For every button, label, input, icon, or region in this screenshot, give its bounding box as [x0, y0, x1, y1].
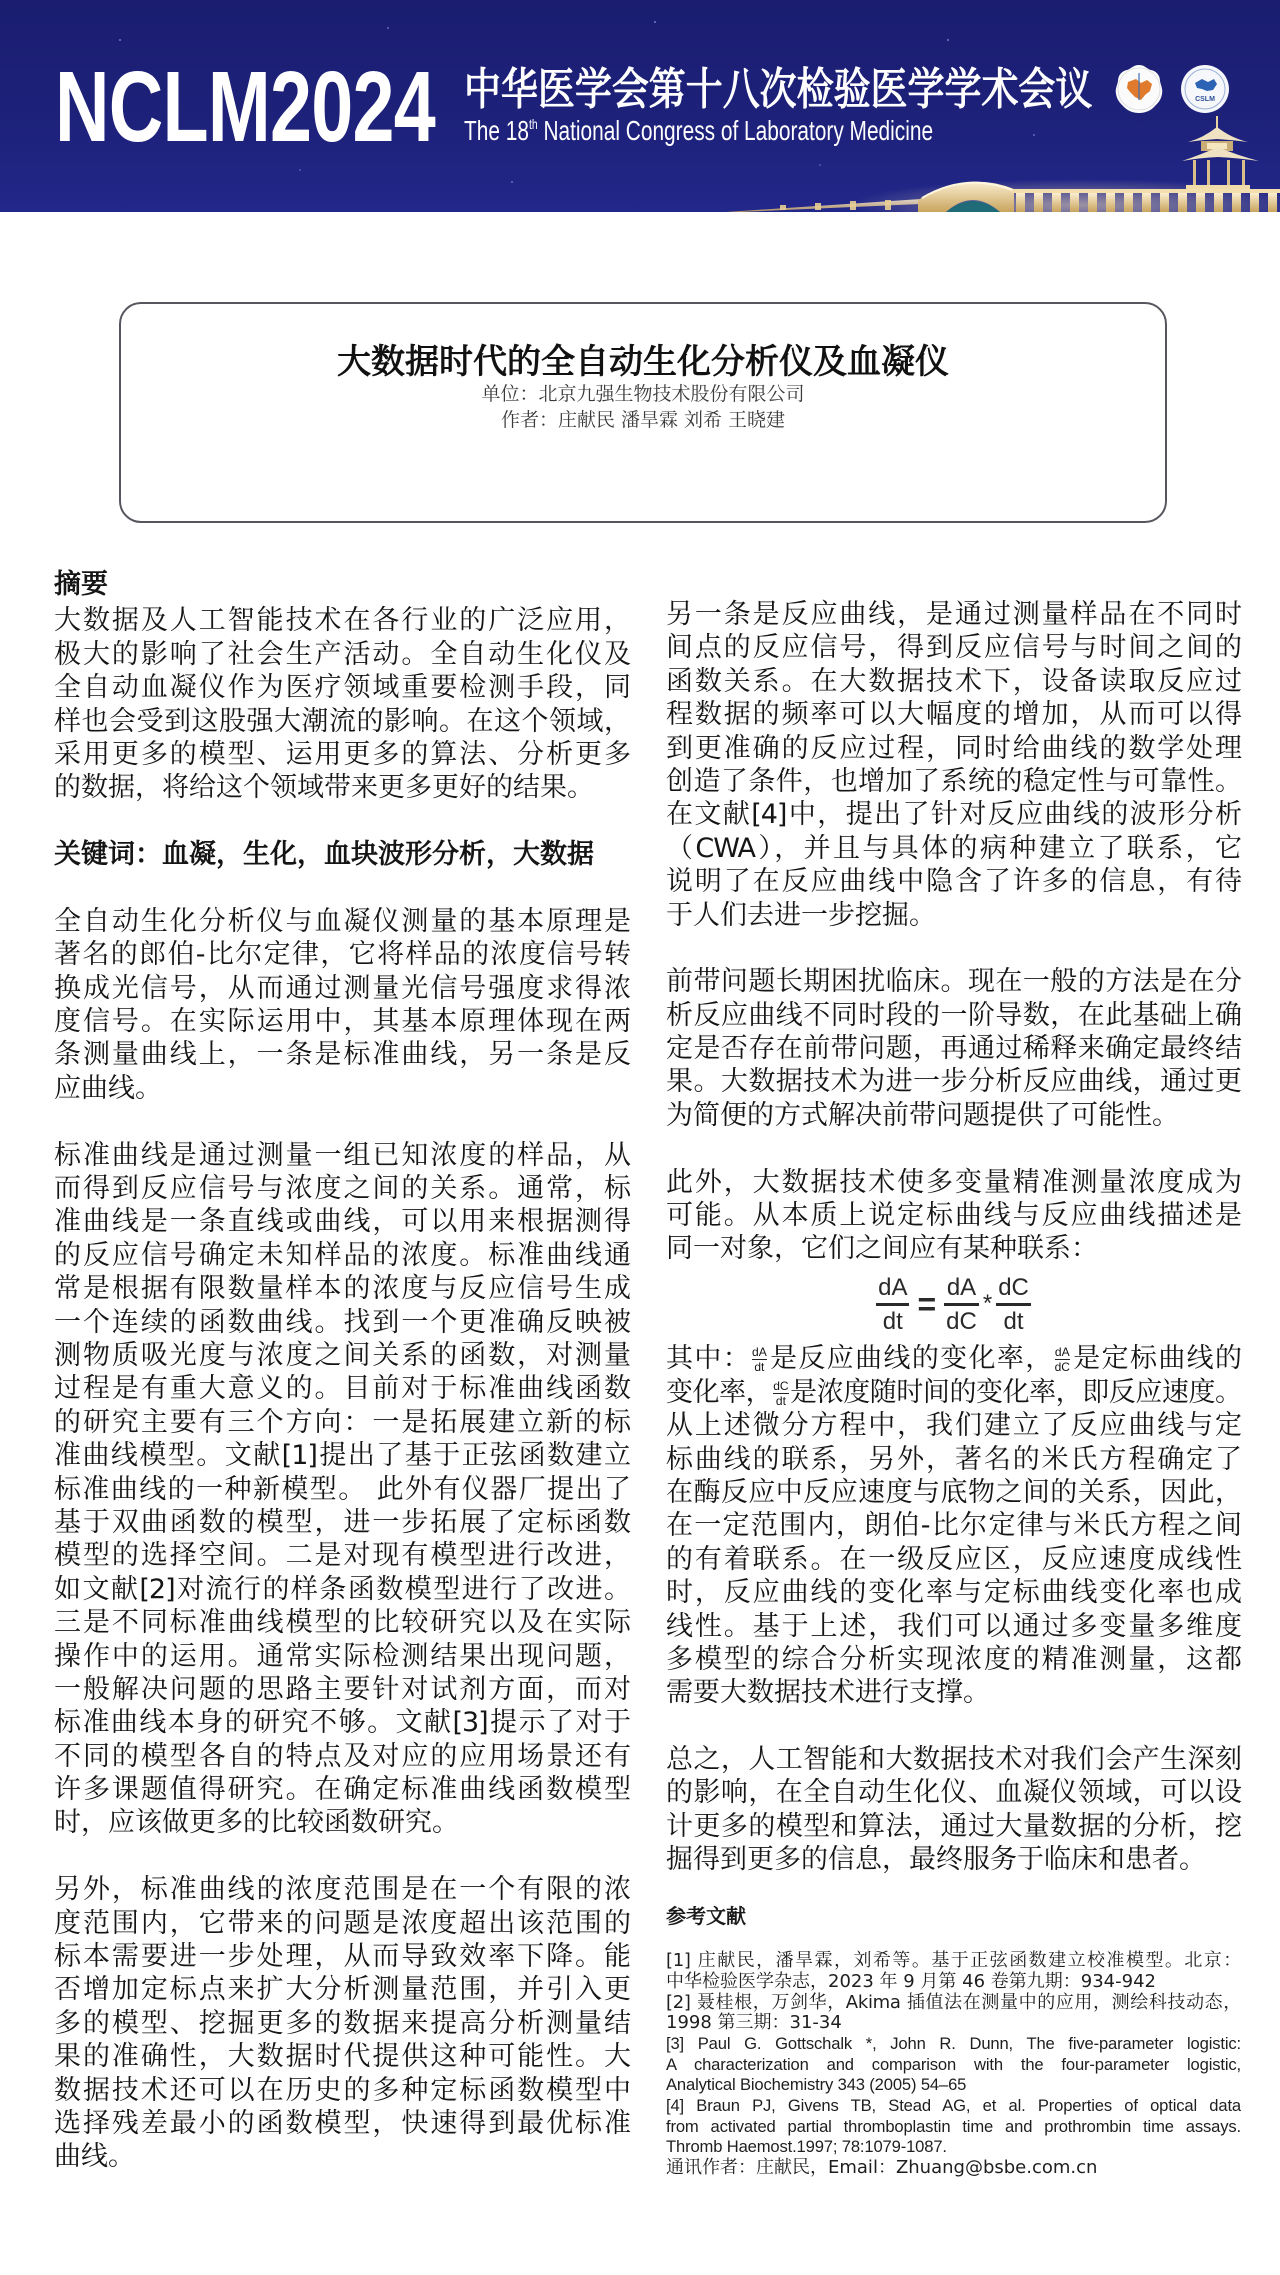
text-line: 间点的反应信号，得到反应信号与时间之间的 — [666, 631, 1241, 664]
paragraph-prozone-problem: 前带问题长期困扰临床。现在一般的方法是在分 析反应曲线不同时段的一阶导数，在此基… — [666, 965, 1241, 1132]
numerator: dC — [996, 1274, 1031, 1301]
text-line: 程数据的频率可以大幅度的增加，从而可以得 — [666, 698, 1241, 731]
text-line: 果。大数据技术为进一步分析反应曲线，通过更 — [666, 1065, 1241, 1098]
text-line: 度范围内，它带来的问题是浓度超出该范围的 — [54, 1907, 630, 1940]
paragraph-standard-curve: 标准曲线是通过测量一组已知浓度的样品，从 而得到反应信号与浓度之间的关系。通常，… — [54, 1139, 630, 1840]
text-line: 著名的郎伯-比尔定律，它将样品的浓度信号转 — [54, 938, 630, 971]
definition-line-2: 变化率，dCdt是浓度随时间的变化率，即反应速度。 — [666, 1376, 1241, 1409]
text-line: 的研究主要有三个方向：一是拓展建立新的标 — [54, 1406, 630, 1439]
inline-fraction-dA-dt: dAdt — [752, 1346, 767, 1373]
text-line: 定是否存在前带问题，再通过稀释来确定最终结 — [666, 1032, 1241, 1065]
pagoda — [1182, 116, 1259, 189]
text-line: 另外，标准曲线的浓度范围是在一个有限的浓 — [54, 1873, 630, 1906]
text-line: 标准曲线是通过测量一组已知浓度的样品，从 — [54, 1139, 630, 1172]
fraction-bar — [996, 1303, 1031, 1306]
authors: 作者：庄献民 潘旱霖 刘希 王晓建 — [121, 408, 1165, 432]
text-line: 在文献[4]中，提出了针对反应曲线的波形分析 — [666, 798, 1241, 831]
fraction-bar — [876, 1303, 909, 1306]
subtitle-rest: National Congress of Laboratory Medicine — [538, 115, 933, 146]
congress-title-chinese: 中华医学会第十八次检验医学学术会议 — [464, 68, 1092, 112]
text-line: 数据技术还可以在历史的多种定标函数模型中 — [54, 2074, 630, 2107]
nclm-2024-logo: NCLM2024 — [55, 57, 435, 157]
text-line: 从上述微分方程中，我们建立了反应曲线与定 — [666, 1409, 1241, 1442]
text-segment: 是定标曲线的 — [1071, 1343, 1241, 1374]
right-column: 另一条是反应曲线，是通过测量样品在不同时 间点的反应信号，得到反应信号与时间之间… — [666, 598, 1241, 2179]
reference-3-line: [3] Paul G. Gottschalk *, John R. Dunn, … — [666, 2034, 1241, 2055]
text-line: 一个连续的函数曲线。找到一个更准确反映被 — [54, 1306, 630, 1339]
cslm-label: CSLM — [1195, 96, 1215, 103]
text-line: 函数关系。在大数据技术下，设备读取反应过 — [666, 665, 1241, 698]
text-line: 前带问题长期困扰临床。现在一般的方法是在分 — [666, 965, 1241, 998]
text-line: 多模型的综合分析实现浓度的精准测量，这都 — [666, 1643, 1241, 1676]
text-line: 基于双曲函数的模型，进一步拓展了定标函数 — [54, 1506, 630, 1539]
text-line: 时，应该做更多的比较函数研究。 — [54, 1806, 630, 1839]
denominator: dt — [776, 1395, 786, 1407]
text-line: 时，反应曲线的变化率与定标曲线变化率也成 — [666, 1576, 1241, 1609]
text-line: 而得到反应信号与浓度之间的关系。通常，标 — [54, 1172, 630, 1205]
text-line: 准曲线模型。文献[1]提出了基于正弦函数建立 — [54, 1439, 630, 1472]
subtitle-prefix: The 18 — [464, 115, 529, 146]
paragraph-measurement-principle: 全自动生化分析仪与血凝仪测量的基本原理是 著名的郎伯-比尔定律，它将样品的浓度信… — [54, 905, 630, 1105]
text-line: 标准曲线本身的研究不够。文献[3]提示了对于 — [54, 1706, 630, 1739]
text-line: 测物质吸光度与浓度之间关系的函数，对测量 — [54, 1339, 630, 1372]
equals-sign: = — [917, 1289, 936, 1319]
chinese-medical-association-emblem-icon — [1114, 64, 1164, 114]
text-line: 另一条是反应曲线，是通过测量样品在不同时 — [666, 598, 1241, 631]
inline-fraction-dC-dt: dCdt — [773, 1380, 788, 1407]
text-line: 在一定范围内，朗伯-比尔定律与米氏方程之间 — [666, 1509, 1241, 1542]
paragraph-conclusion: 总之，人工智能和大数据技术对我们会产生深刻 的影响，在全自动生化仪、血凝仪领域，… — [666, 1743, 1241, 1877]
text-line: 的数据，将给这个领域带来更多更好的结果。 — [54, 771, 630, 804]
reference-3-line: Analytical Biochemistry 343 (2005) 54–65 — [666, 2075, 1241, 2096]
text-line: 如文献[2]对流行的样条函数模型进行了改进。 — [54, 1573, 630, 1606]
text-line: 许多课题值得研究。在确定标准曲线函数模型 — [54, 1773, 630, 1806]
reference-3-line: A characterization and comparison with t… — [666, 2055, 1241, 2076]
text-line: 应曲线。 — [54, 1072, 630, 1105]
affiliation: 单位：北京九强生物技术股份有限公司 — [121, 382, 1165, 406]
references-heading: 参考文献 — [666, 1902, 1241, 1930]
denominator: dt — [881, 1308, 905, 1335]
text-line: （CWA），并且与具体的病种建立了联系，它 — [666, 832, 1241, 865]
text-line: 线性。基于上述，我们可以通过多变量多维度 — [666, 1610, 1241, 1643]
denominator: dt — [754, 1361, 764, 1373]
keywords: 关键词：血凝，生化，血块波形分析，大数据 — [54, 838, 630, 871]
denominator: dC — [944, 1308, 979, 1335]
paragraph-spacer — [54, 1105, 630, 1138]
corresponding-author-email: 通讯作者：庄献民，Email：Zhuang@bsbe.com.cn — [666, 2158, 1241, 2179]
numerator: dA — [752, 1346, 767, 1358]
text-line: 条测量曲线上，一条是标准曲线，另一条是反 — [54, 1038, 630, 1071]
denominator: dt — [1002, 1308, 1026, 1335]
reference-4-line: [4] Braun PJ, Givens TB, Stead AG, et al… — [666, 2096, 1241, 2117]
text-line: 操作中的运用。通常实际检测结果出现问题， — [54, 1640, 630, 1673]
text-line: 曲线。 — [54, 2140, 630, 2173]
text-line: 于人们去进一步挖掘。 — [666, 899, 1241, 932]
text-line: 否增加定标点来扩大分析测量范围，并引入更 — [54, 1973, 630, 2006]
fraction-dA-dC: dA dC — [944, 1274, 979, 1335]
text-line: 创造了条件，也增加了系统的稳定性与可靠性。 — [666, 765, 1241, 798]
numerator: dA — [876, 1274, 909, 1301]
text-segment: 是反应曲线的变化率， — [768, 1343, 1054, 1374]
text-line: 常是根据有限数量样本的浓度与反应信号生成 — [54, 1272, 630, 1305]
paragraph-concentration-range: 另外，标准曲线的浓度范围是在一个有限的浓 度范围内，它带来的问题是浓度超出该范围… — [54, 1873, 630, 2174]
reference-2-line: [2] 聂桂根，万剑华，Akima 插值法在测量中的应用，测绘科技动态， — [666, 1993, 1241, 2014]
abstract-heading: 摘要 — [54, 568, 630, 601]
paragraph-spacer — [666, 1132, 1241, 1165]
text-line: 换成光信号，从而通过测量光信号强度求得浓 — [54, 972, 630, 1005]
text-line: 标准曲线的一种新模型。 此外有仪器厂提出了 — [54, 1473, 630, 1506]
text-line: 计更多的模型和算法，通过大量数据的分析，挖 — [666, 1810, 1241, 1843]
text-line: 全自动生化分析仪与血凝仪测量的基本原理是 — [54, 905, 630, 938]
text-line: 为简便的方式解决前带问题提供了可能性。 — [666, 1099, 1241, 1132]
paragraph-spacer — [54, 1840, 630, 1873]
text-line: 可能。从本质上说定标曲线与反应曲线描述是 — [666, 1199, 1241, 1232]
inline-fraction-dA-dC: dAdC — [1055, 1346, 1070, 1373]
text-line: 一般解决问题的思路主要针对试剂方面，而对 — [54, 1673, 630, 1706]
text-line: 不同的模型各自的特点及对应的应用场景还有 — [54, 1740, 630, 1773]
text-line: 果的准确性，大数据时代提供这种可能性。大 — [54, 2040, 630, 2073]
abstract-body: 大数据及人工智能技术在各行业的广泛应用， 极大的影响了社会生产活动。全自动生化仪… — [54, 604, 630, 804]
text-line: 大数据及人工智能技术在各行业的广泛应用， — [54, 604, 630, 637]
text-line: 的影响，在全自动生化仪、血凝仪领域，可以设 — [666, 1776, 1241, 1809]
text-line: 多的模型、挖掘更多的数据来提高分析测量结 — [54, 2007, 630, 2040]
denominator: dC — [1055, 1361, 1070, 1373]
cslm-society-emblem-icon: CSLM — [1180, 64, 1230, 114]
text-line: 样也会受到这股强大潮流的影响。在这个领域， — [54, 705, 630, 738]
text-line: 三是不同标准曲线模型的比较研究以及在实际 — [54, 1606, 630, 1639]
text-line: 在酶反应中反应速度与底物之间的关系，因此， — [666, 1476, 1241, 1509]
text-line: 选择残差最小的函数模型，快速得到最优标准 — [54, 2107, 630, 2140]
paragraph-spacer — [54, 872, 630, 905]
left-column: 摘要 大数据及人工智能技术在各行业的广泛应用， 极大的影响了社会生产活动。全自动… — [54, 568, 630, 2174]
multiply-sign: * — [983, 1289, 992, 1319]
text-line: 说明了在反应曲线中隐含了许多的信息，有待 — [666, 865, 1241, 898]
paper-title: 大数据时代的全自动生化分析仪及血凝仪 — [121, 342, 1165, 382]
text-line: 极大的影响了社会生产活动。全自动生化仪及 — [54, 638, 630, 671]
text-line: 的有着联系。在一级反应区，反应速度成线性 — [666, 1543, 1241, 1576]
text-segment: 其中： — [666, 1343, 751, 1374]
fraction-dC-dt: dC dt — [996, 1274, 1031, 1335]
reference-1-line: [1] 庄献民，潘旱霖，刘希等。基于正弦函数建立校准模型。北京： — [666, 1951, 1241, 1972]
conference-banner: NCLM2024 中华医学会第十八次检验医学学术会议 The 18th Nati… — [0, 0, 1280, 212]
text-line: 全自动血凝仪作为医疗领域重要检测手段，同 — [54, 671, 630, 704]
text-line: 掘得到更多的信息，最终服务于临床和患者。 — [666, 1843, 1241, 1876]
text-line: 析反应曲线不同时段的一阶导数，在此基础上确 — [666, 999, 1241, 1032]
reference-4-line: from activated partial thromboplastin ti… — [666, 2117, 1241, 2138]
reference-4-line: Thromb Haemost.1997; 78:1079-1087. — [666, 2137, 1241, 2158]
text-line: 需要大数据技术进行支撑。 — [666, 1676, 1241, 1709]
text-line: 同一对象，它们之间应有某种联系： — [666, 1232, 1241, 1265]
definition-line-1: 其中：dAdt是反应曲线的变化率，dAdC是定标曲线的 — [666, 1342, 1241, 1375]
chain-rule-formula: dA dt = dA dC * dC dt — [666, 1266, 1241, 1343]
reference-1-line: 中华检验医学杂志，2023 年 9 月第 46 卷第九期：934-942 — [666, 1972, 1241, 1993]
text-line: 采用更多的模型、运用更多的算法、分析更多 — [54, 738, 630, 771]
text-segment: 是浓度随时间的变化率，即反应速度。 — [790, 1377, 1241, 1408]
text-line: 此外，大数据技术使多变量精准测量浓度成为 — [666, 1166, 1241, 1199]
congress-title-english: The 18th National Congress of Laboratory… — [464, 117, 933, 145]
paragraph-spacer — [666, 1710, 1241, 1743]
text-line: 准曲线是一条直线或曲线，可以用来根据测得 — [54, 1205, 630, 1238]
text-line: 过程是有重大意义的。目前对于标准曲线函数 — [54, 1372, 630, 1405]
paper-title-box: 大数据时代的全自动生化分析仪及血凝仪 单位：北京九强生物技术股份有限公司 作者：… — [119, 302, 1167, 523]
paragraph-spacer — [666, 932, 1241, 965]
text-line: 到更准确的反应过程，同时给曲线的数学处理 — [666, 732, 1241, 765]
text-line: 总之，人工智能和大数据技术对我们会产生深刻 — [666, 1743, 1241, 1776]
reference-2-line: 1998 第三期：31-34 — [666, 2013, 1241, 2034]
text-line: 标曲线的联系，另外，著名的米氏方程确定了 — [666, 1443, 1241, 1476]
paragraph-multivariate: 此外，大数据技术使多变量精准测量浓度成为 可能。从本质上说定标曲线与反应曲线描述… — [666, 1166, 1241, 1710]
references-list: [1] 庄献民，潘旱霖，刘希等。基于正弦函数建立校准模型。北京： 中华检验医学杂… — [666, 1951, 1241, 2179]
numerator: dA — [945, 1274, 978, 1301]
text-line: 模型的选择空间。二是对现有模型进行改进， — [54, 1539, 630, 1572]
text-segment: 变化率， — [666, 1377, 772, 1408]
fraction-bar — [944, 1303, 979, 1306]
paragraph-spacer — [54, 805, 630, 838]
subtitle-ordinal-suffix: th — [529, 116, 538, 132]
text-line: 度信号。在实际运用中，其基本原理体现在两 — [54, 1005, 630, 1038]
text-line: 的反应信号确定未知样品的浓度。标准曲线通 — [54, 1239, 630, 1272]
numerator: dA — [1055, 1346, 1070, 1358]
text-line: 标本需要进一步处理，从而导致效率下降。能 — [54, 1940, 630, 1973]
fraction-dA-dt: dA dt — [876, 1274, 909, 1335]
paragraph-reaction-curve: 另一条是反应曲线，是通过测量样品在不同时 间点的反应信号，得到反应信号与时间之间… — [666, 598, 1241, 932]
numerator: dC — [773, 1380, 788, 1392]
